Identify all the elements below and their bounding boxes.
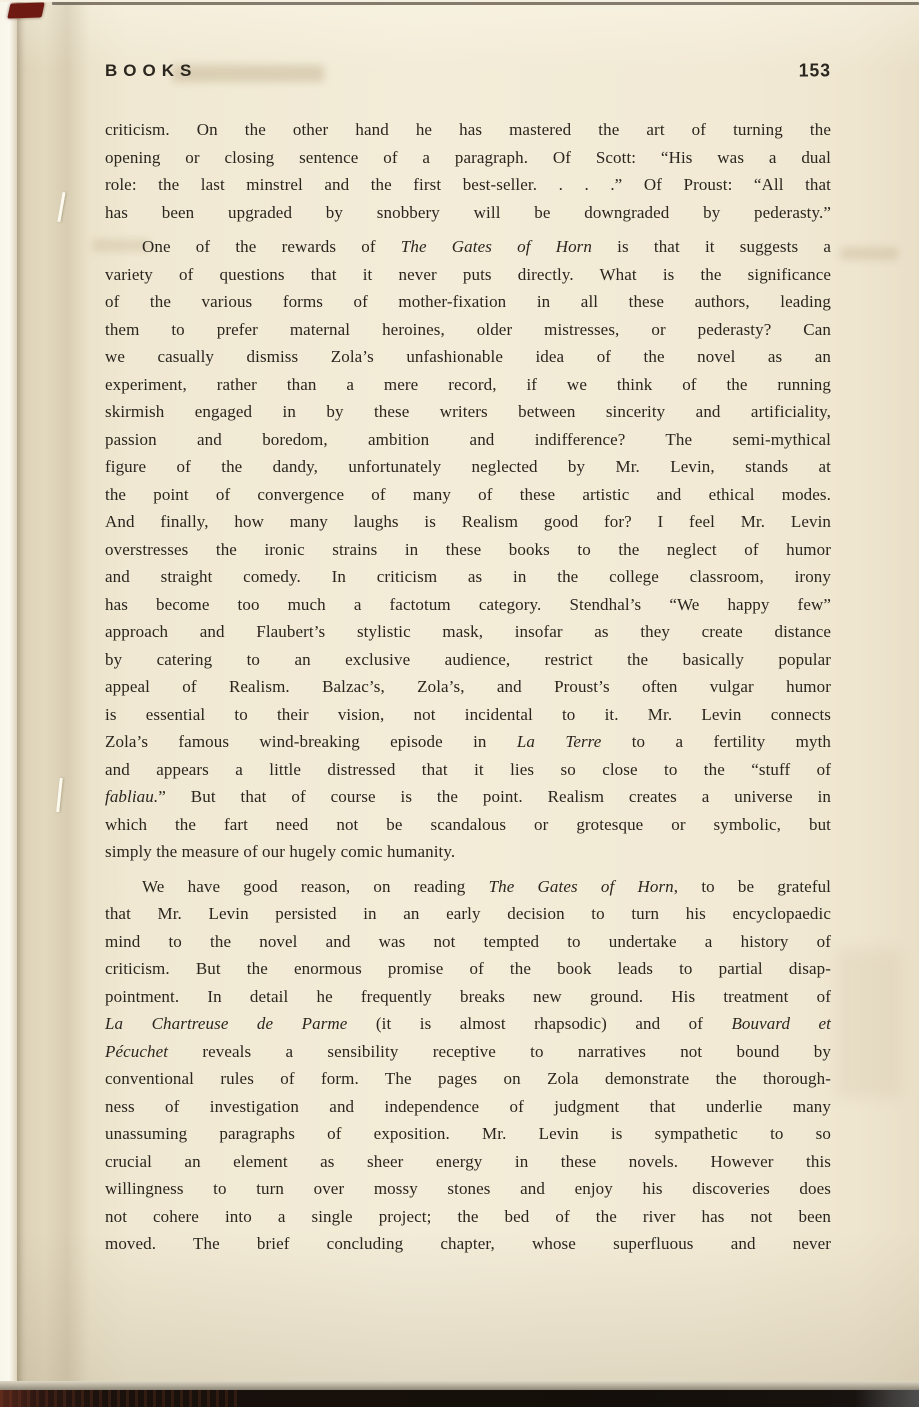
paragraph: criticism. On the other hand he has mast… — [105, 116, 831, 226]
text-line: we casually dismiss Zola’s unfashionable… — [105, 343, 831, 371]
text-line: overstresses the ironic strains in these… — [105, 536, 831, 564]
page-edge-left — [0, 0, 17, 1407]
paragraph: We have good reason, on reading The Gate… — [105, 873, 831, 1258]
text-line: Zola’s famous wind-breaking episode in L… — [105, 728, 831, 756]
text-line: pointment. In detail he frequently break… — [105, 983, 831, 1011]
scanned-book-page: BOOKS 153 criticism. On the other hand h… — [0, 0, 919, 1407]
text-line: has been upgraded by snobbery will be do… — [105, 199, 831, 227]
text-line: criticism. But the enormous promise of t… — [105, 955, 831, 983]
text-line: fabliau.” But that of course is the poin… — [105, 783, 831, 811]
text-line: and straight comedy. In criticism as in … — [105, 563, 831, 591]
text-line: willingness to turn over mossy stones an… — [105, 1175, 831, 1203]
text-line: appeal of Realism. Balzac’s, Zola’s, and… — [105, 673, 831, 701]
text-line: has become too much a factotum category.… — [105, 591, 831, 619]
ink-bleed-ghost — [840, 247, 898, 260]
book-bottom-edge — [0, 1390, 919, 1407]
binding-corner-mark — [7, 2, 44, 18]
text-line: La Chartreuse de Parme (it is almost rha… — [105, 1010, 831, 1038]
page-number: 153 — [799, 59, 831, 81]
text-line: is essential to their vision, not incide… — [105, 701, 831, 729]
text-line: One of the rewards of The Gates of Horn … — [105, 233, 831, 261]
text-line: role: the last minstrel and the first be… — [105, 171, 831, 199]
text-line: not cohere into a single project; the be… — [105, 1203, 831, 1231]
text-line: which the fart need not be scandalous or… — [105, 811, 831, 839]
text-line: Pécuchet reveals a sensibility receptive… — [105, 1038, 831, 1066]
bottom-page-rule — [0, 1381, 919, 1390]
text-line: experiment, rather than a mere record, i… — [105, 371, 831, 399]
text-line: ness of investigation and independence o… — [105, 1093, 831, 1121]
text-line: crucial an element as sheer energy in th… — [105, 1148, 831, 1176]
paragraph: One of the rewards of The Gates of Horn … — [105, 233, 831, 866]
text-line: unassuming paragraphs of exposition. Mr.… — [105, 1120, 831, 1148]
text-line: mind to the novel and was not tempted to… — [105, 928, 831, 956]
text-line: the point of convergence of many of thes… — [105, 481, 831, 509]
text-line: of the various forms of mother-fixation … — [105, 288, 831, 316]
text-line: figure of the dandy, unfortunately negle… — [105, 453, 831, 481]
section-title: BOOKS — [105, 61, 197, 81]
text-line: We have good reason, on reading The Gate… — [105, 873, 831, 901]
top-edge-line — [52, 2, 919, 5]
text-line: passion and boredom, ambition and indiff… — [105, 426, 831, 454]
body-text: criticism. On the other hand he has mast… — [105, 116, 831, 1258]
page-header: BOOKS 153 — [105, 60, 831, 81]
text-line: opening or closing sentence of a paragra… — [105, 144, 831, 172]
text-line: and appears a little distressed that it … — [105, 756, 831, 784]
gutter-fold-shadow — [44, 0, 90, 1407]
ink-bleed-ghost — [836, 948, 902, 1098]
text-line: conventional rules of form. The pages on… — [105, 1065, 831, 1093]
text-line: approach and Flaubert’s stylistic mask, … — [105, 618, 831, 646]
text-line: variety of questions that it never puts … — [105, 261, 831, 289]
text-line: criticism. On the other hand he has mast… — [105, 116, 831, 144]
text-line: them to prefer maternal heroines, older … — [105, 316, 831, 344]
text-line: And finally, how many laughs is Realism … — [105, 508, 831, 536]
text-line: moved. The brief concluding chapter, who… — [105, 1230, 831, 1258]
text-line: simply the measure of our hugely comic h… — [105, 838, 831, 866]
text-line: by catering to an exclusive audience, re… — [105, 646, 831, 674]
text-line: skirmish engaged in by these writers bet… — [105, 398, 831, 426]
text-line: that Mr. Levin persisted in an early dec… — [105, 900, 831, 928]
